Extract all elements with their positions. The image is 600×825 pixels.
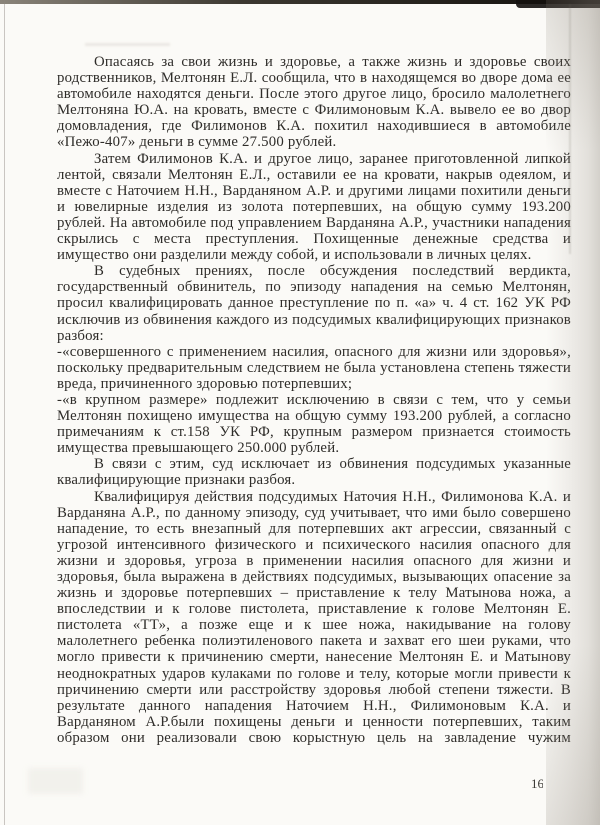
document-text-block: Опасаясь за свои жизнь и здоровье, а так…: [57, 54, 571, 746]
scan-artifact-smudge-bottom: [28, 768, 83, 794]
scan-artifact-top-edge: [0, 0, 600, 4]
paragraph-prosecutor-request: В судебных прениях, после обсуждения пос…: [57, 263, 571, 343]
paragraph-qualification-of-actions: Квалифицируя действия подсудимых Наточия…: [57, 489, 571, 747]
paragraph-court-excludes: В связи с этим, суд исключает из обвинен…: [57, 456, 571, 488]
scan-artifact-left-edge-line: [4, 0, 5, 825]
paragraph-robbery-car-money: Опасаясь за свои жизнь и здоровье, а так…: [57, 54, 571, 151]
scan-artifact-right-shadow-top: [546, 0, 600, 150]
paragraph-robbery-jewelry-escape: Затем Филимонов К.А. и другое лицо, зара…: [57, 151, 571, 264]
scanned-document-page: Опасаясь за свои жизнь и здоровье, а так…: [0, 0, 600, 825]
scan-artifact-right-shadow-bottom: [546, 645, 600, 825]
scan-artifact-smudge-top: [85, 43, 170, 46]
scan-artifact-right-seam: [569, 4, 571, 254]
page-number: 16: [531, 776, 543, 792]
paragraph-exclusion-violence-clause: -«совершенного с применением насилия, оп…: [57, 344, 571, 392]
paragraph-exclusion-large-size-clause: -«в крупном размере» подлежит исключению…: [57, 392, 571, 456]
